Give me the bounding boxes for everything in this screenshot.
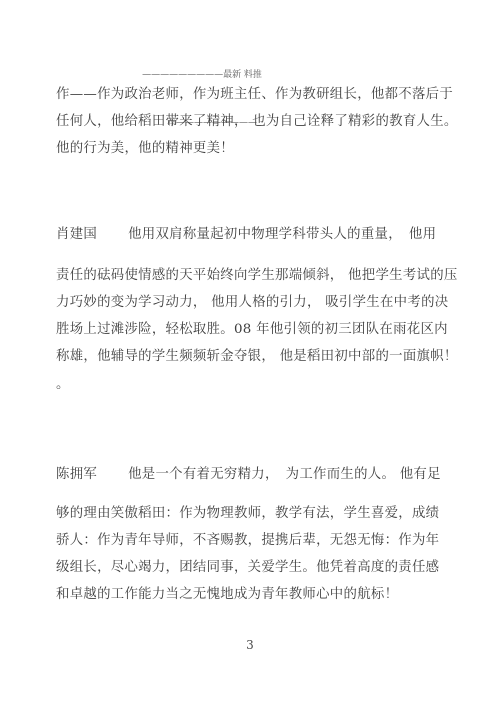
paragraph-line: 。 [56, 371, 456, 398]
paragraph-line: 胜场上过滩涉险，轻松取胜。08 年他引领的初三团队在雨花区内 [56, 316, 456, 343]
paragraph-line: 称雄，他辅导的学生频频斩金夺银， 他是稻田初中部的一面旗帜！ [56, 343, 456, 370]
paragraph-line: 骄人：作为青年导师，不吝赐教，提携后辈，无怨无悔：作为年 [56, 527, 456, 554]
teacher2-name: 陈拥军 [56, 467, 97, 482]
opening-paragraph: 作——作为政治老师，作为班主任、作为教研组长，他都不落后于 任何人，他给稻田带来… [56, 81, 456, 162]
paragraph-line: 任何人，他给稻田带来了精神， 也为自己诠释了精彩的教育人生。 [56, 108, 456, 135]
stray-period-line: 。 [56, 371, 456, 398]
teacher1-name-row: 肖建国他用双肩称量起初中物理学科带头人的重量， 他用 [56, 221, 456, 248]
teacher2-paragraph: 够的理由笑傲稻田：作为物理教师，教学有法，学生喜爱，成绩 骄人：作为青年导师，不… [56, 500, 456, 608]
paragraph-line: 责任的砝码使情感的天平始终向学生那端倾斜， 他把学生考试的压 [56, 262, 456, 289]
teacher1-first-line: 他用双肩称量起初中物理学科带头人的重量， 他用 [128, 227, 436, 242]
paragraph-line: 作——作为政治老师，作为班主任、作为教研组长，他都不落后于 [56, 81, 456, 108]
paragraph-line: 力巧妙的变为学习动力， 他用人格的引力， 吸引学生在中考的决 [56, 289, 456, 316]
paragraph-line: 和卓越的工作能力当之无愧地成为青年教师心中的航标！ [56, 581, 456, 608]
teacher1-name: 肖建国 [56, 227, 97, 242]
page-number: 3 [0, 638, 500, 652]
teacher2-name-row: 陈拥军他是一个有着无穷精力， 为工作而生的人。 他有足 [56, 461, 456, 488]
paragraph-line: 级组长，尽心竭力，团结同事，关爱学生。他凭着高度的责任感 [56, 554, 456, 581]
paragraph-line: 够的理由笑傲稻田：作为物理教师，教学有法，学生喜爱，成绩 [56, 500, 456, 527]
teacher2-first-line: 他是一个有着无穷精力， 为工作而生的人。 他有足 [128, 467, 441, 482]
teacher1-paragraph: 责任的砝码使情感的天平始终向学生那端倾斜， 他把学生考试的压 力巧妙的变为学习动… [56, 262, 456, 370]
header-title-part-1: 最新 料推 [223, 70, 262, 80]
paragraph-line: 他的行为美，他的精神更美！ [56, 135, 456, 162]
header-dashes-left: ————————— [142, 70, 223, 80]
document-page: —————————最新 料推 荐————————— 作——作为政治老师，作为班主… [0, 0, 500, 705]
